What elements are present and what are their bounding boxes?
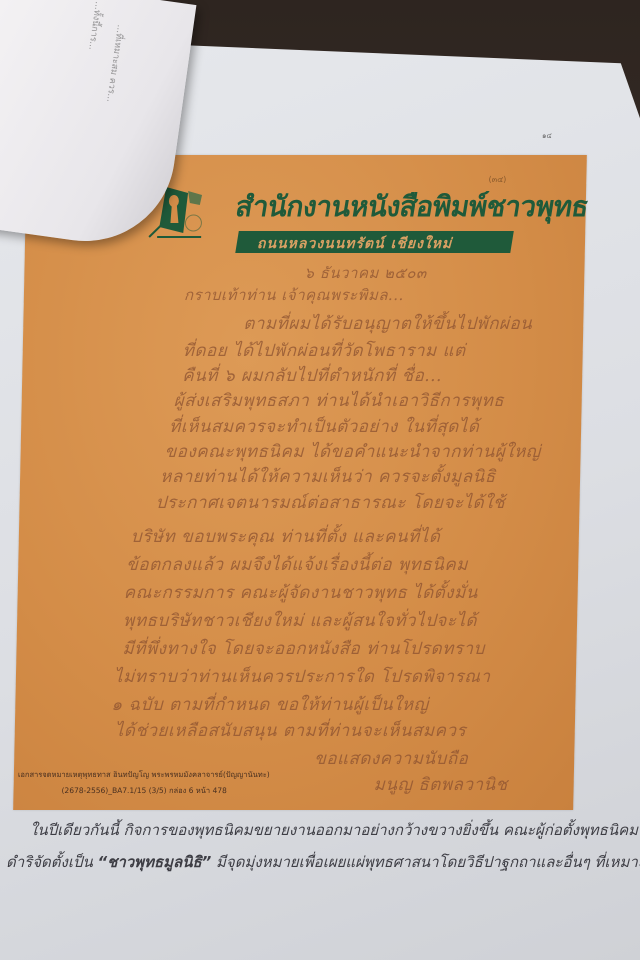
letter-line: หลายท่านได้ให้ความเห็นว่า ควรจะตั้งมูลนิ… — [160, 463, 496, 490]
letter-line: พุทธบริษัทชาวเชียงใหม่ และผู้สนใจทั่วไปจ… — [123, 607, 478, 634]
letter-line: ที่ดอย ได้ไปพักผ่อนที่วัดโพธาราม แต่ — [182, 337, 465, 364]
body-text-prefix: ดำริจัดตั้งเป็น — [6, 853, 98, 871]
letterhead-subtitle: ถนนหลวงนนทรัตน์ เชียงใหม่ — [257, 233, 453, 255]
archived-letter-image: 2678-2556 (๓๔) สำนักงานหนังสือพิมพ์ชาวพุ… — [13, 155, 587, 810]
letter-line: คืนที่ ๖ ผมกลับไปที่ตำหนักที่ ชื่อ... — [182, 362, 442, 389]
archive-reference: (2678-2556)_BA7.1/15 (3/5) กล่อง 6 หน้า … — [61, 785, 227, 797]
body-paragraph-line-2: ดำริจัดตั้งเป็น “ชาวพุทธมูลนิธิ” มีจุดมุ… — [6, 850, 616, 874]
letter-line: ๑ ฉบับ ตามที่กำหนด ขอให้ท่านผู้เป็นใหญ่ — [111, 691, 429, 718]
letter-line: ประกาศเจตนารมณ์ต่อสาธารณะ โดยจะได้ใช้ — [155, 489, 505, 516]
archive-caption: เอกสารจดหมายเหตุพุทธทาส อินทปัญโญ พระพรห… — [18, 769, 270, 781]
letter-closing: ขอแสดงความนับถือ — [314, 745, 469, 772]
letter-line: บริษัท ขอบพระคุณ ท่านที่ตั้ง และคนที่ได้ — [131, 523, 441, 550]
letter-line: ตามที่ผมได้รับอนุญาตให้ขึ้นไปพักผ่อน — [243, 310, 533, 337]
letter-line: มีที่พึ่งทางใจ โดยจะออกหนังสือ ท่านโปรดท… — [122, 635, 485, 662]
letter-line: ได้ช่วยเหลือสนับสนุน ตามที่ท่านจะเห็นสมค… — [115, 717, 467, 744]
letter-line: ไม่ทราบว่าท่านเห็นควรประการใด โปรดพิจารณ… — [114, 663, 491, 690]
letterhead-title: สำนักงานหนังสือพิมพ์ชาวพุทธ — [232, 185, 592, 229]
curled-page-text: ...ทั้งนี้การ... — [84, 0, 105, 50]
letter-signature: มนูญ ธิตพลวานิช — [373, 771, 508, 798]
curled-page-text: ...ที่เหมาะสม ควร... — [102, 24, 127, 103]
foundation-name: “ชาวพุทธมูลนิธิ” — [98, 853, 212, 871]
letter-salutation: กราบเท้าท่าน เจ้าคุณพระพิมล... — [184, 283, 404, 307]
letter-date: ๖ ธันวาคม ๒๕๐๓ — [304, 261, 427, 285]
body-paragraph-line-1: ในปีเดียวกันนี้ กิจการของพุทธนิคมขยายงาน… — [30, 818, 640, 842]
letter-line: คณะกรรมการ คณะผู้จัดงานชาวพุทธ ได้ตั้งมั… — [123, 579, 478, 606]
letter-line: ข้อตกลงแล้ว ผมจึงได้แจ้งเรื่องนี้ต่อ พุท… — [126, 551, 468, 578]
page-number: ๑๔ — [542, 131, 552, 142]
letter-line: ผู้ส่งเสริมพุทธสภา ท่านได้นำเอาวิธีการพุ… — [173, 387, 504, 414]
body-text-suffix: มีจุดมุ่งหมายเพื่อเผยแผ่พุทธศาสนาโดยวิธี… — [211, 853, 640, 871]
letter-line: ของคณะพุทธนิคม ได้ขอคำแนะนำจากท่านผู้ใหญ… — [164, 438, 541, 465]
letter-line: ที่เห็นสมควรจะทำเป็นตัวอย่าง ในที่สุดได้ — [169, 413, 480, 440]
